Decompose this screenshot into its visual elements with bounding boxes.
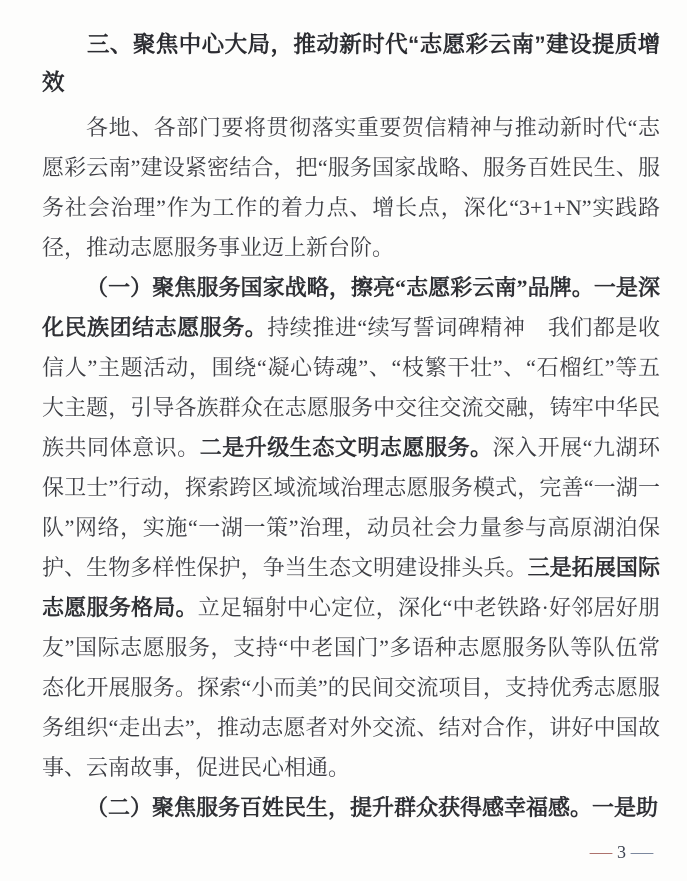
para-section-two: （二）聚焦服务百姓民生，提升群众获得感幸福感。一是助 <box>42 788 660 828</box>
document-title: 三、聚焦中心大局，推动新时代“志愿彩云南”建设提质增效 <box>42 26 660 102</box>
bold-text-run: （一）聚焦服务国家战略，擦亮“志愿彩云南”品牌。 <box>86 275 594 300</box>
para-overview: 各地、各部门要将贯彻落实重要贺信精神与推动新时代“志愿彩云南”建设紧密结合，把“… <box>42 108 660 268</box>
text-run: 立足辐射中心定位，深化“中老铁路·好邻居好朋友”国际志愿服务，支持“中老国门”多… <box>42 595 660 780</box>
document-content: 三、聚焦中心大局，推动新时代“志愿彩云南”建设提质增效 各地、各部门要将贯彻落实… <box>42 26 660 828</box>
document-body: 各地、各部门要将贯彻落实重要贺信精神与推动新时代“志愿彩云南”建设紧密结合，把“… <box>42 108 660 828</box>
page-footer: —3— <box>592 842 651 862</box>
para-section-one: （一）聚焦服务国家战略，擦亮“志愿彩云南”品牌。一是深化民族团结志愿服务。持续推… <box>42 268 660 788</box>
document-page: 三、聚焦中心大局，推动新时代“志愿彩云南”建设提质增效 各地、各部门要将贯彻落实… <box>0 0 687 881</box>
page-number: 3 <box>617 842 626 862</box>
text-run: 各地、各部门要将贯彻落实重要贺信精神与推动新时代“志愿彩云南”建设紧密结合，把“… <box>42 115 660 260</box>
bold-text-run: 二是升级生态文明志愿服务。 <box>200 435 493 460</box>
bold-text-run: （二）聚焦服务百姓民生，提升群众获得感幸福感。 <box>86 795 592 820</box>
footer-dash-right: — <box>631 842 654 862</box>
footer-dash-left: — <box>590 842 613 862</box>
bold-text-run: 一是助 <box>592 795 658 820</box>
